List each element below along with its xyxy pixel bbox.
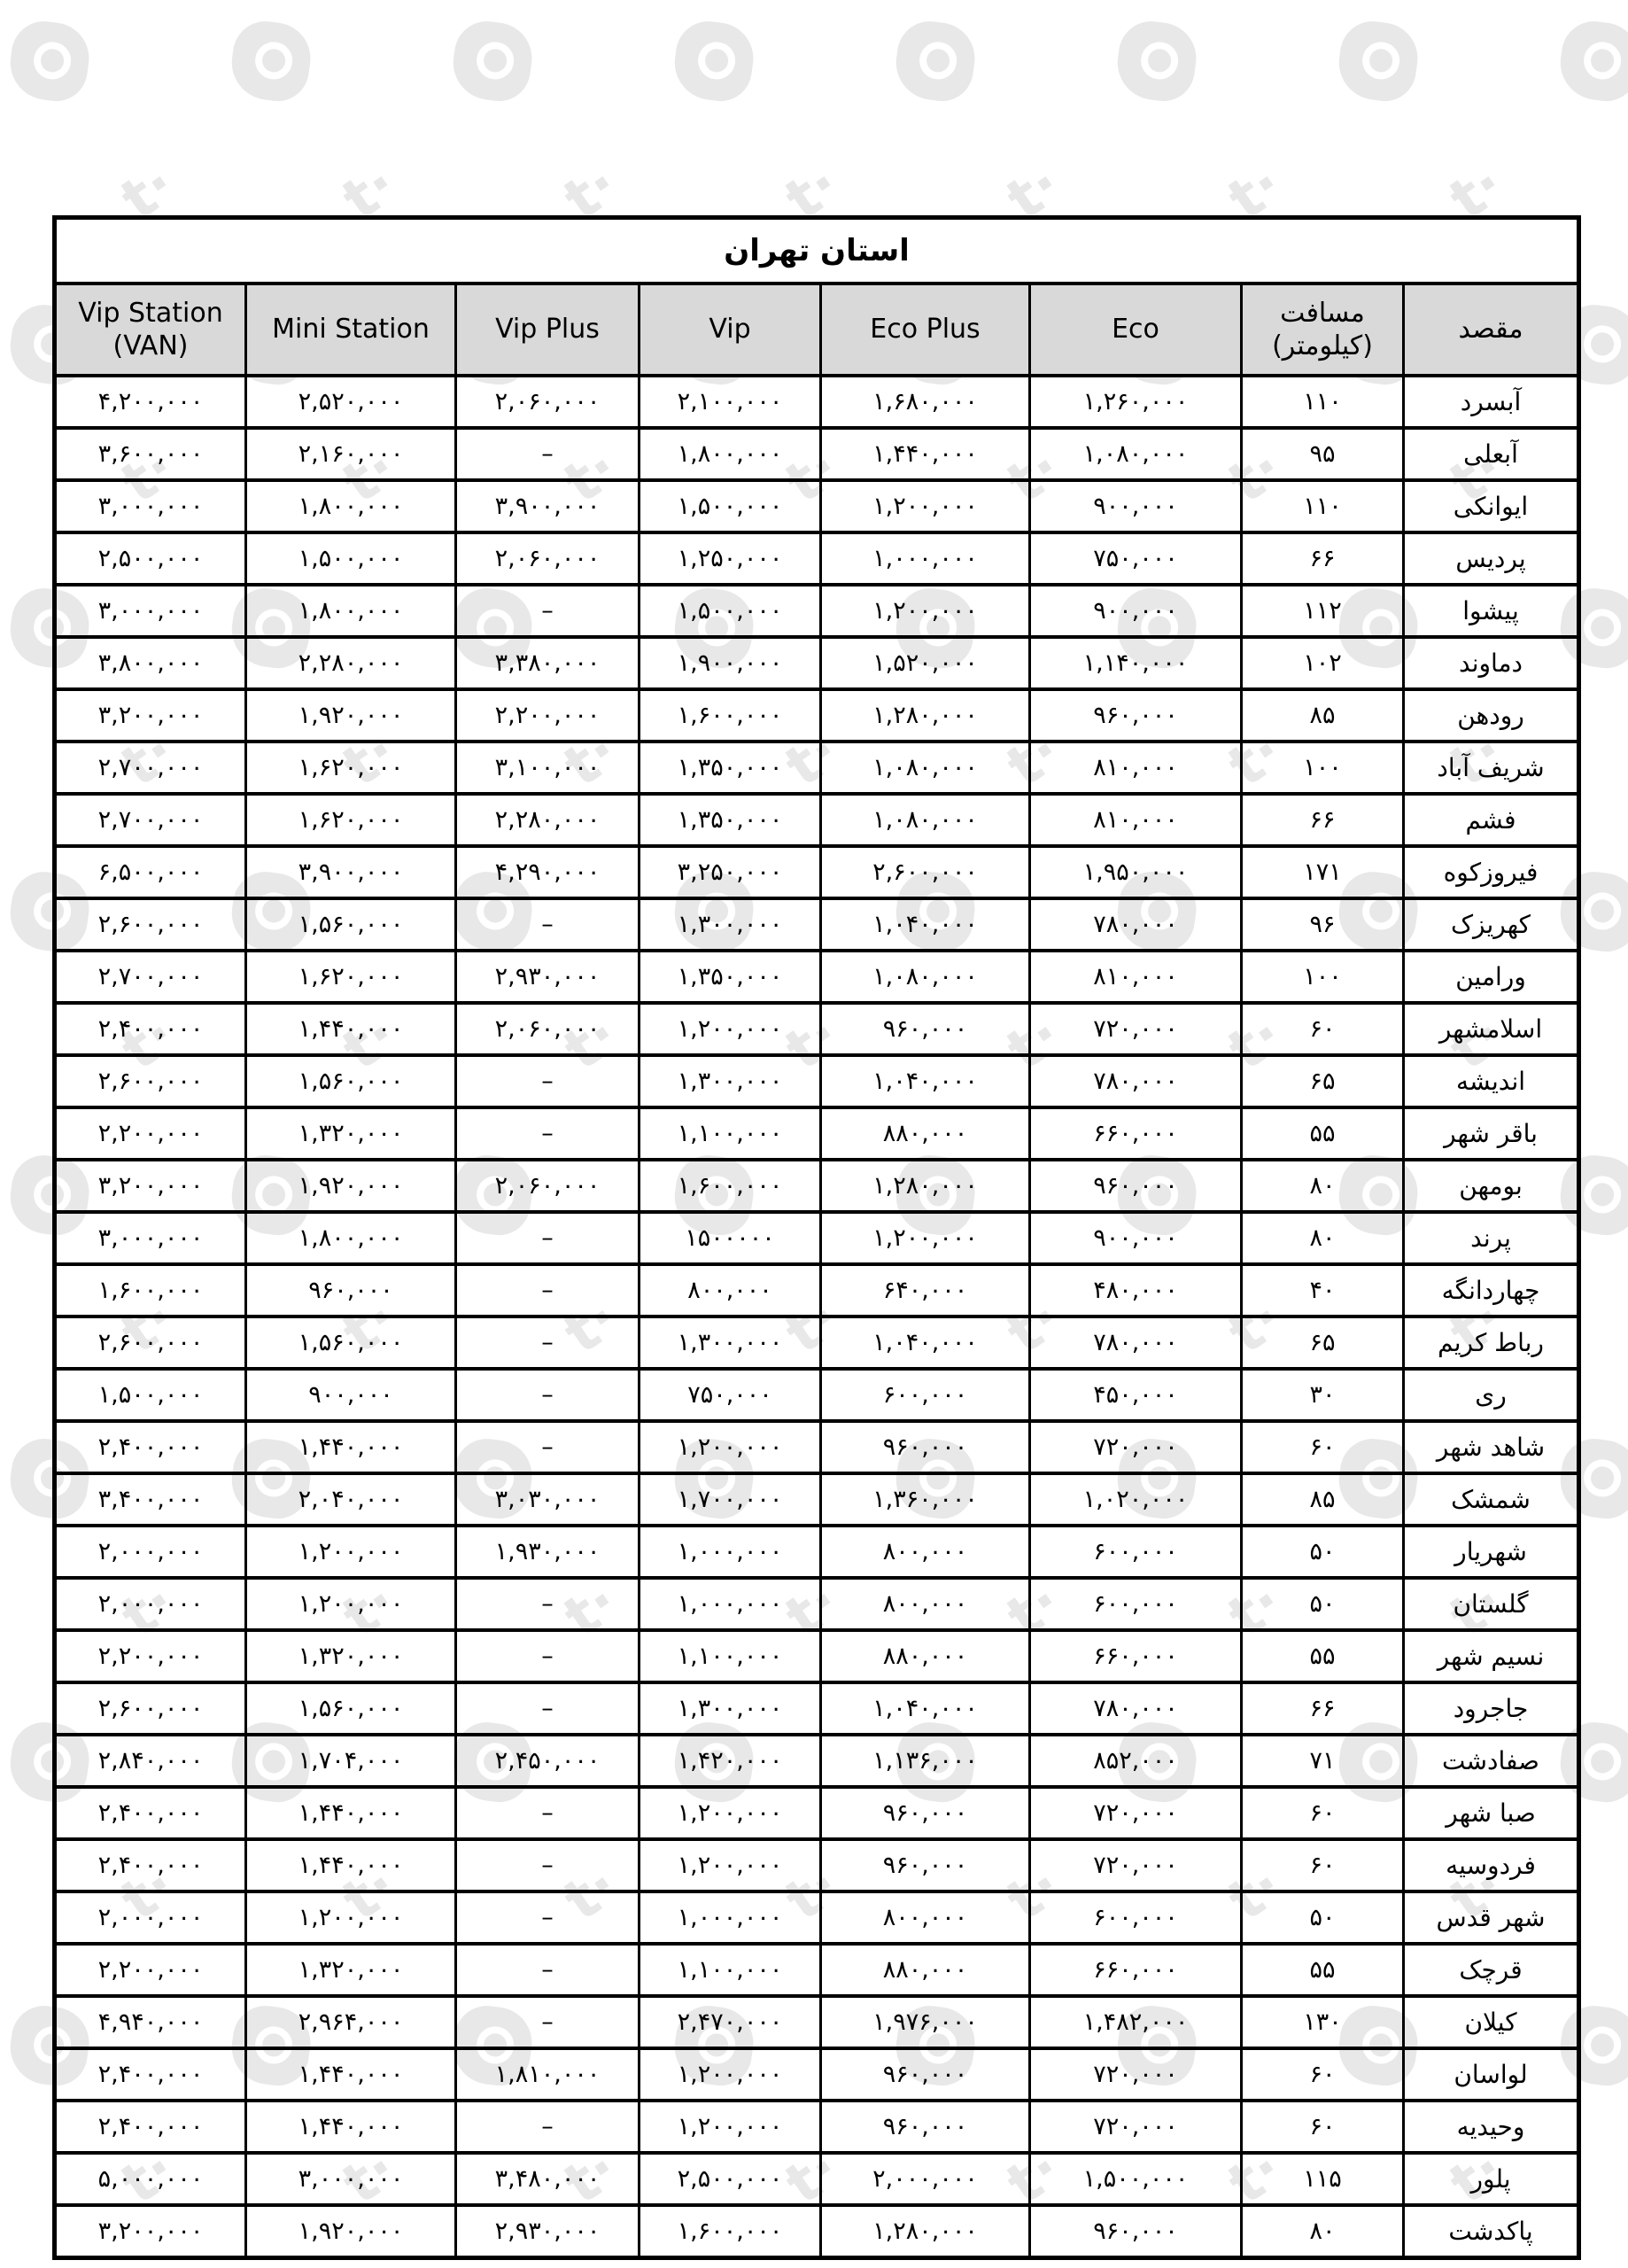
cell-distance: ۸۵ (1242, 689, 1404, 742)
table-row: ۲,۴۰۰,۰۰۰۱,۴۴۰,۰۰۰۲,۰۶۰,۰۰۰۱,۲۰۰,۰۰۰۹۶۰,… (55, 1003, 1579, 1055)
table-row: ۲,۴۰۰,۰۰۰۱,۴۴۰,۰۰۰۱,۸۱۰,۰۰۰۱,۲۰۰,۰۰۰۹۶۰,… (55, 2048, 1579, 2101)
cell-van: ۲,۷۰۰,۰۰۰ (55, 742, 246, 794)
watermark-ring-icon (1581, 323, 1623, 365)
cell-van: ۵,۰۰۰,۰۰۰ (55, 2153, 246, 2205)
cell-destination: ری (1404, 1369, 1579, 1421)
column-header-destination: مقصد (1404, 283, 1579, 376)
cell-mini: ۱,۲۰۰,۰۰۰ (246, 1526, 456, 1578)
cell-eco_plus: ۱,۲۰۰,۰۰۰ (821, 585, 1030, 637)
cell-eco_plus: ۶۰۰,۰۰۰ (821, 1369, 1030, 1421)
watermark-ring-icon (474, 40, 516, 82)
cell-distance: ۱۰۲ (1242, 637, 1404, 689)
watermark-ring-icon (31, 40, 73, 82)
cell-mini: ۱,۴۴۰,۰۰۰ (246, 2048, 456, 2101)
cell-vip: ۱,۶۰۰,۰۰۰ (640, 689, 821, 742)
cell-eco_plus: ۱,۰۸۰,۰۰۰ (821, 742, 1030, 794)
table-row: ۲,۴۰۰,۰۰۰۱,۴۴۰,۰۰۰–۱,۲۰۰,۰۰۰۹۶۰,۰۰۰۷۲۰,۰… (55, 1787, 1579, 1839)
cell-van: ۲,۶۰۰,۰۰۰ (55, 1682, 246, 1735)
cell-distance: ۱۱۵ (1242, 2153, 1404, 2205)
cell-eco_plus: ۱,۰۴۰,۰۰۰ (821, 1055, 1030, 1107)
cell-vip: ۱,۷۰۰,۰۰۰ (640, 1473, 821, 1526)
cell-distance: ۱۰۰ (1242, 951, 1404, 1003)
cell-vip: ۱,۰۰۰,۰۰۰ (640, 1891, 821, 1944)
cell-mini: ۱,۴۴۰,۰۰۰ (246, 1839, 456, 1891)
cell-destination: قرچک (1404, 1944, 1579, 1996)
cell-mini: ۱,۶۲۰,۰۰۰ (246, 794, 456, 846)
cell-vip_plus: ۲,۰۶۰,۰۰۰ (456, 1003, 640, 1055)
cell-van: ۲,۰۰۰,۰۰۰ (55, 1526, 246, 1578)
cell-distance: ۶۵ (1242, 1317, 1404, 1369)
cell-mini: ۱,۸۰۰,۰۰۰ (246, 480, 456, 532)
cell-vip_plus: ۲,۲۸۰,۰۰۰ (456, 794, 640, 846)
cell-distance: ۵۰ (1242, 1526, 1404, 1578)
cell-eco: ۸۱۰,۰۰۰ (1030, 794, 1242, 846)
table-row: ۳,۰۰۰,۰۰۰۱,۸۰۰,۰۰۰۳,۹۰۰,۰۰۰۱,۵۰۰,۰۰۰۱,۲۰… (55, 480, 1579, 532)
column-header-vip-plus: Vip Plus (456, 283, 640, 376)
cell-eco: ۱,۵۰۰,۰۰۰ (1030, 2153, 1242, 2205)
cell-distance: ۶۶ (1242, 794, 1404, 846)
cell-van: ۶,۵۰۰,۰۰۰ (55, 846, 246, 898)
cell-distance: ۵۰ (1242, 1578, 1404, 1630)
cell-eco: ۷۲۰,۰۰۰ (1030, 1003, 1242, 1055)
cell-distance: ۱۳۰ (1242, 1996, 1404, 2048)
cell-distance: ۸۵ (1242, 1473, 1404, 1526)
cell-eco: ۶۰۰,۰۰۰ (1030, 1578, 1242, 1630)
cell-distance: ۸۰ (1242, 1160, 1404, 1212)
cell-destination: گلستان (1404, 1578, 1579, 1630)
cell-distance: ۸۰ (1242, 2205, 1404, 2258)
cell-eco_plus: ۸۰۰,۰۰۰ (821, 1578, 1030, 1630)
cell-vip_plus: ۱,۸۱۰,۰۰۰ (456, 2048, 640, 2101)
cell-vip: ۱,۳۵۰,۰۰۰ (640, 742, 821, 794)
cell-mini: ۱,۴۴۰,۰۰۰ (246, 1787, 456, 1839)
cell-vip_plus: – (456, 1787, 640, 1839)
cell-vip_plus: – (456, 2101, 640, 2153)
cell-van: ۲,۰۰۰,۰۰۰ (55, 1578, 246, 1630)
cell-eco_plus: ۸۸۰,۰۰۰ (821, 1107, 1030, 1160)
cell-mini: ۲,۰۴۰,۰۰۰ (246, 1473, 456, 1526)
cell-vip: ۳,۲۵۰,۰۰۰ (640, 846, 821, 898)
cell-van: ۲,۰۰۰,۰۰۰ (55, 1891, 246, 1944)
fare-table-body: ۴,۲۰۰,۰۰۰۲,۵۲۰,۰۰۰۲,۰۶۰,۰۰۰۲,۱۰۰,۰۰۰۱,۶۸… (55, 376, 1579, 2258)
watermark-ring-icon (1581, 607, 1623, 649)
cell-vip_plus: ۲,۹۳۰,۰۰۰ (456, 2205, 640, 2258)
cell-destination: کهریزک (1404, 898, 1579, 951)
cell-distance: ۱۱۲ (1242, 585, 1404, 637)
cell-destination: نسیم شهر (1404, 1630, 1579, 1682)
cell-mini: ۲,۵۲۰,۰۰۰ (246, 376, 456, 428)
cell-distance: ۷۱ (1242, 1735, 1404, 1787)
cell-destination: پردیس (1404, 532, 1579, 585)
cell-vip_plus: ۲,۰۶۰,۰۰۰ (456, 1160, 640, 1212)
cell-van: ۳,۲۰۰,۰۰۰ (55, 2205, 246, 2258)
cell-vip: ۱,۳۵۰,۰۰۰ (640, 794, 821, 846)
table-row: ۲,۰۰۰,۰۰۰۱,۲۰۰,۰۰۰–۱,۰۰۰,۰۰۰۸۰۰,۰۰۰۶۰۰,۰… (55, 1578, 1579, 1630)
cell-eco_plus: ۱,۵۲۰,۰۰۰ (821, 637, 1030, 689)
cell-mini: ۱,۷۰۴,۰۰۰ (246, 1735, 456, 1787)
cell-destination: ورامین (1404, 951, 1579, 1003)
cell-eco: ۷۸۰,۰۰۰ (1030, 1682, 1242, 1735)
cell-van: ۲,۲۰۰,۰۰۰ (55, 1107, 246, 1160)
cell-destination: فردوسیه (1404, 1839, 1579, 1891)
cell-eco: ۱,۹۵۰,۰۰۰ (1030, 846, 1242, 898)
cell-eco_plus: ۹۶۰,۰۰۰ (821, 2048, 1030, 2101)
cell-mini: ۱,۸۰۰,۰۰۰ (246, 585, 456, 637)
header-row: Vip Station (VAN) Mini Station Vip Plus … (55, 283, 1579, 376)
cell-eco: ۱,۰۲۰,۰۰۰ (1030, 1473, 1242, 1526)
cell-vip: ۱۵۰۰۰۰۰ (640, 1212, 821, 1264)
table-row: ۲,۰۰۰,۰۰۰۱,۲۰۰,۰۰۰–۱,۰۰۰,۰۰۰۸۰۰,۰۰۰۶۰۰,۰… (55, 1891, 1579, 1944)
table-row: ۲,۰۰۰,۰۰۰۱,۲۰۰,۰۰۰۱,۹۳۰,۰۰۰۱,۰۰۰,۰۰۰۸۰۰,… (55, 1526, 1579, 1578)
table-title: استان تهران (55, 218, 1579, 284)
watermark-ring-icon (1581, 1457, 1623, 1499)
table-row: ۲,۷۰۰,۰۰۰۱,۶۲۰,۰۰۰۲,۲۸۰,۰۰۰۱,۳۵۰,۰۰۰۱,۰۸… (55, 794, 1579, 846)
cell-mini: ۳,۰۰۰,۰۰۰ (246, 2153, 456, 2205)
table-row: ۲,۸۴۰,۰۰۰۱,۷۰۴,۰۰۰۲,۴۵۰,۰۰۰۱,۴۲۰,۰۰۰۱,۱۳… (55, 1735, 1579, 1787)
cell-vip_plus: ۲,۰۶۰,۰۰۰ (456, 376, 640, 428)
cell-vip_plus: – (456, 1212, 640, 1264)
table-row: ۲,۴۰۰,۰۰۰۱,۴۴۰,۰۰۰–۱,۲۰۰,۰۰۰۹۶۰,۰۰۰۷۲۰,۰… (55, 1421, 1579, 1473)
cell-vip_plus: – (456, 898, 640, 951)
cell-eco: ۷۲۰,۰۰۰ (1030, 1839, 1242, 1891)
cell-van: ۳,۲۰۰,۰۰۰ (55, 1160, 246, 1212)
watermark-ring-icon (695, 40, 737, 82)
cell-vip_plus: – (456, 585, 640, 637)
cell-eco: ۸۱۰,۰۰۰ (1030, 951, 1242, 1003)
cell-van: ۲,۶۰۰,۰۰۰ (55, 898, 246, 951)
cell-van: ۳,۴۰۰,۰۰۰ (55, 1473, 246, 1526)
watermark-logo-icon (227, 17, 314, 105)
cell-eco: ۸۵۲,۰۰۰ (1030, 1735, 1242, 1787)
watermark-logo-icon (1334, 17, 1422, 105)
column-header-mini-station: Mini Station (246, 283, 456, 376)
cell-destination: پاکدشت (1404, 2205, 1579, 2258)
cell-vip_plus: – (456, 1369, 640, 1421)
cell-eco: ۶۶۰,۰۰۰ (1030, 1630, 1242, 1682)
cell-eco_plus: ۱,۲۸۰,۰۰۰ (821, 1160, 1030, 1212)
cell-vip_plus: ۳,۴۸۰,۰۰۰ (456, 2153, 640, 2205)
cell-vip_plus: – (456, 1944, 640, 1996)
table-row: ۲,۷۰۰,۰۰۰۱,۶۲۰,۰۰۰۳,۱۰۰,۰۰۰۱,۳۵۰,۰۰۰۱,۰۸… (55, 742, 1579, 794)
column-header-eco-plus: Eco Plus (821, 283, 1030, 376)
cell-destination: پرند (1404, 1212, 1579, 1264)
watermark-ring-icon (1138, 40, 1180, 82)
table-row: ۵,۰۰۰,۰۰۰۳,۰۰۰,۰۰۰۳,۴۸۰,۰۰۰۲,۵۰۰,۰۰۰۲,۰۰… (55, 2153, 1579, 2205)
cell-eco: ۱,۱۴۰,۰۰۰ (1030, 637, 1242, 689)
cell-distance: ۶۰ (1242, 2048, 1404, 2101)
cell-destination: کیلان (1404, 1996, 1579, 2048)
cell-vip_plus: ۲,۲۰۰,۰۰۰ (456, 689, 640, 742)
cell-vip: ۱,۳۰۰,۰۰۰ (640, 1317, 821, 1369)
cell-distance: ۸۰ (1242, 1212, 1404, 1264)
cell-distance: ۶۶ (1242, 532, 1404, 585)
cell-vip_plus: ۲,۹۳۰,۰۰۰ (456, 951, 640, 1003)
cell-mini: ۱,۶۲۰,۰۰۰ (246, 742, 456, 794)
cell-destination: آبعلی (1404, 428, 1579, 480)
cell-eco_plus: ۸۰۰,۰۰۰ (821, 1526, 1030, 1578)
cell-vip_plus: ۳,۳۸۰,۰۰۰ (456, 637, 640, 689)
cell-mini: ۱,۴۴۰,۰۰۰ (246, 1421, 456, 1473)
table-row: ۳,۴۰۰,۰۰۰۲,۰۴۰,۰۰۰۳,۰۳۰,۰۰۰۱,۷۰۰,۰۰۰۱,۳۶… (55, 1473, 1579, 1526)
cell-van: ۲,۷۰۰,۰۰۰ (55, 951, 246, 1003)
cell-vip: ۱,۱۰۰,۰۰۰ (640, 1944, 821, 1996)
cell-destination: صبا شهر (1404, 1787, 1579, 1839)
cell-eco: ۷۲۰,۰۰۰ (1030, 2048, 1242, 2101)
cell-destination: رودهن (1404, 689, 1579, 742)
cell-destination: آبسرد (1404, 376, 1579, 428)
column-header-vip-station-van: Vip Station (VAN) (55, 283, 246, 376)
table-row: ۲,۶۰۰,۰۰۰۱,۵۶۰,۰۰۰–۱,۳۰۰,۰۰۰۱,۰۴۰,۰۰۰۷۸۰… (55, 1682, 1579, 1735)
watermark-ring-icon (1581, 1174, 1623, 1216)
cell-eco_plus: ۹۶۰,۰۰۰ (821, 1003, 1030, 1055)
table-row: ۳,۲۰۰,۰۰۰۱,۹۲۰,۰۰۰۲,۲۰۰,۰۰۰۱,۶۰۰,۰۰۰۱,۲۸… (55, 689, 1579, 742)
cell-distance: ۱۰۰ (1242, 742, 1404, 794)
cell-vip: ۲,۵۰۰,۰۰۰ (640, 2153, 821, 2205)
cell-eco_plus: ۱,۰۴۰,۰۰۰ (821, 1317, 1030, 1369)
cell-eco_plus: ۶۴۰,۰۰۰ (821, 1264, 1030, 1317)
cell-eco: ۹۶۰,۰۰۰ (1030, 689, 1242, 742)
watermark-ring-icon (1581, 40, 1623, 82)
cell-van: ۳,۰۰۰,۰۰۰ (55, 585, 246, 637)
cell-destination: شهریار (1404, 1526, 1579, 1578)
cell-destination: بومهن (1404, 1160, 1579, 1212)
cell-eco: ۹۶۰,۰۰۰ (1030, 1160, 1242, 1212)
table-row: ۲,۲۰۰,۰۰۰۱,۳۲۰,۰۰۰–۱,۱۰۰,۰۰۰۸۸۰,۰۰۰۶۶۰,۰… (55, 1944, 1579, 1996)
cell-distance: ۴۰ (1242, 1264, 1404, 1317)
cell-distance: ۹۵ (1242, 428, 1404, 480)
table-row: ۳,۲۰۰,۰۰۰۱,۹۲۰,۰۰۰۲,۰۶۰,۰۰۰۱,۶۰۰,۰۰۰۱,۲۸… (55, 1160, 1579, 1212)
cell-eco_plus: ۱,۲۸۰,۰۰۰ (821, 2205, 1030, 2258)
cell-mini: ۱,۹۲۰,۰۰۰ (246, 2205, 456, 2258)
cell-eco: ۴۸۰,۰۰۰ (1030, 1264, 1242, 1317)
cell-distance: ۶۰ (1242, 1421, 1404, 1473)
cell-vip: ۱,۰۰۰,۰۰۰ (640, 1578, 821, 1630)
cell-vip_plus: ۳,۹۰۰,۰۰۰ (456, 480, 640, 532)
table-row: ۳,۰۰۰,۰۰۰۱,۸۰۰,۰۰۰–۱,۵۰۰,۰۰۰۱,۲۰۰,۰۰۰۹۰۰… (55, 585, 1579, 637)
table-row: ۲,۲۰۰,۰۰۰۱,۳۲۰,۰۰۰–۱,۱۰۰,۰۰۰۸۸۰,۰۰۰۶۶۰,۰… (55, 1107, 1579, 1160)
cell-eco: ۷۸۰,۰۰۰ (1030, 1055, 1242, 1107)
cell-van: ۲,۴۰۰,۰۰۰ (55, 1839, 246, 1891)
cell-vip: ۲,۴۷۰,۰۰۰ (640, 1996, 821, 2048)
cell-vip: ۱,۲۵۰,۰۰۰ (640, 532, 821, 585)
cell-distance: ۹۶ (1242, 898, 1404, 951)
cell-eco_plus: ۱,۴۴۰,۰۰۰ (821, 428, 1030, 480)
cell-eco: ۶۰۰,۰۰۰ (1030, 1891, 1242, 1944)
cell-vip_plus: – (456, 1421, 640, 1473)
cell-eco_plus: ۱,۱۳۶,۰۰۰ (821, 1735, 1030, 1787)
cell-vip_plus: – (456, 1578, 640, 1630)
cell-mini: ۹۶۰,۰۰۰ (246, 1264, 456, 1317)
cell-eco: ۷۵۰,۰۰۰ (1030, 532, 1242, 585)
table-row: ۱,۵۰۰,۰۰۰۹۰۰,۰۰۰–۷۵۰,۰۰۰۶۰۰,۰۰۰۴۵۰,۰۰۰۳۰… (55, 1369, 1579, 1421)
cell-vip: ۱,۳۰۰,۰۰۰ (640, 898, 821, 951)
cell-destination: دماوند (1404, 637, 1579, 689)
cell-destination: شهر قدس (1404, 1891, 1579, 1944)
cell-distance: ۶۰ (1242, 1003, 1404, 1055)
cell-van: ۲,۲۰۰,۰۰۰ (55, 1630, 246, 1682)
table-row: ۴,۹۴۰,۰۰۰۲,۹۶۴,۰۰۰–۲,۴۷۰,۰۰۰۱,۹۷۶,۰۰۰۱,۴… (55, 1996, 1579, 2048)
title-row: استان تهران (55, 218, 1579, 284)
cell-mini: ۱,۹۲۰,۰۰۰ (246, 689, 456, 742)
cell-vip: ۱,۸۰۰,۰۰۰ (640, 428, 821, 480)
cell-mini: ۱,۴۴۰,۰۰۰ (246, 1003, 456, 1055)
cell-vip: ۲,۱۰۰,۰۰۰ (640, 376, 821, 428)
cell-eco_plus: ۱,۲۰۰,۰۰۰ (821, 1212, 1030, 1264)
table-row: ۲,۶۰۰,۰۰۰۱,۵۶۰,۰۰۰–۱,۳۰۰,۰۰۰۱,۰۴۰,۰۰۰۷۸۰… (55, 898, 1579, 951)
cell-vip: ۱,۹۰۰,۰۰۰ (640, 637, 821, 689)
cell-van: ۲,۶۰۰,۰۰۰ (55, 1317, 246, 1369)
cell-destination: رباط کریم (1404, 1317, 1579, 1369)
cell-eco_plus: ۹۶۰,۰۰۰ (821, 2101, 1030, 2153)
cell-eco_plus: ۱,۰۸۰,۰۰۰ (821, 794, 1030, 846)
cell-mini: ۲,۲۸۰,۰۰۰ (246, 637, 456, 689)
cell-eco_plus: ۲,۶۰۰,۰۰۰ (821, 846, 1030, 898)
cell-eco_plus: ۱,۰۴۰,۰۰۰ (821, 898, 1030, 951)
cell-vip: ۸۰۰,۰۰۰ (640, 1264, 821, 1317)
cell-destination: چهاردانگه (1404, 1264, 1579, 1317)
cell-vip_plus: – (456, 1996, 640, 2048)
cell-eco: ۷۲۰,۰۰۰ (1030, 1787, 1242, 1839)
cell-mini: ۱,۵۶۰,۰۰۰ (246, 898, 456, 951)
cell-destination: فشم (1404, 794, 1579, 846)
cell-vip_plus: ۴,۲۹۰,۰۰۰ (456, 846, 640, 898)
table-row: ۳,۰۰۰,۰۰۰۱,۸۰۰,۰۰۰–۱۵۰۰۰۰۰۱,۲۰۰,۰۰۰۹۰۰,۰… (55, 1212, 1579, 1264)
column-header-distance: مسافت (کیلومتر) (1242, 283, 1404, 376)
cell-distance: ۶۵ (1242, 1055, 1404, 1107)
cell-eco: ۷۲۰,۰۰۰ (1030, 2101, 1242, 2153)
table-row: ۱,۶۰۰,۰۰۰۹۶۰,۰۰۰–۸۰۰,۰۰۰۶۴۰,۰۰۰۴۸۰,۰۰۰۴۰… (55, 1264, 1579, 1317)
cell-van: ۱,۶۰۰,۰۰۰ (55, 1264, 246, 1317)
cell-vip: ۷۵۰,۰۰۰ (640, 1369, 821, 1421)
cell-eco: ۹۶۰,۰۰۰ (1030, 2205, 1242, 2258)
cell-eco_plus: ۱,۰۰۰,۰۰۰ (821, 532, 1030, 585)
cell-eco: ۹۰۰,۰۰۰ (1030, 480, 1242, 532)
cell-van: ۴,۹۴۰,۰۰۰ (55, 1996, 246, 2048)
cell-distance: ۶۰ (1242, 1839, 1404, 1891)
cell-mini: ۱,۲۰۰,۰۰۰ (246, 1578, 456, 1630)
cell-mini: ۱,۳۲۰,۰۰۰ (246, 1944, 456, 1996)
cell-distance: ۳۰ (1242, 1369, 1404, 1421)
cell-vip: ۱,۳۰۰,۰۰۰ (640, 1682, 821, 1735)
table-row: ۲,۶۰۰,۰۰۰۱,۵۶۰,۰۰۰–۱,۳۰۰,۰۰۰۱,۰۴۰,۰۰۰۷۸۰… (55, 1055, 1579, 1107)
cell-distance: ۱۷۱ (1242, 846, 1404, 898)
column-header-eco: Eco (1030, 283, 1242, 376)
cell-mini: ۱,۵۰۰,۰۰۰ (246, 532, 456, 585)
cell-vip: ۱,۶۰۰,۰۰۰ (640, 2205, 821, 2258)
watermark-ring-icon (1581, 2024, 1623, 2066)
cell-distance: ۶۶ (1242, 1682, 1404, 1735)
table-row: ۲,۶۰۰,۰۰۰۱,۵۶۰,۰۰۰–۱,۳۰۰,۰۰۰۱,۰۴۰,۰۰۰۷۸۰… (55, 1317, 1579, 1369)
cell-vip_plus: – (456, 1317, 640, 1369)
cell-vip: ۱,۲۰۰,۰۰۰ (640, 1839, 821, 1891)
cell-vip: ۱,۲۰۰,۰۰۰ (640, 1003, 821, 1055)
cell-vip: ۱,۲۰۰,۰۰۰ (640, 1421, 821, 1473)
cell-mini: ۱,۵۶۰,۰۰۰ (246, 1055, 456, 1107)
cell-eco: ۸۱۰,۰۰۰ (1030, 742, 1242, 794)
watermark-logo-icon (1112, 17, 1200, 105)
table-row: ۳,۸۰۰,۰۰۰۲,۲۸۰,۰۰۰۳,۳۸۰,۰۰۰۱,۹۰۰,۰۰۰۱,۵۲… (55, 637, 1579, 689)
cell-eco: ۷۸۰,۰۰۰ (1030, 1317, 1242, 1369)
cell-vip: ۱,۱۰۰,۰۰۰ (640, 1107, 821, 1160)
cell-vip_plus: ۱,۹۳۰,۰۰۰ (456, 1526, 640, 1578)
cell-van: ۲,۸۴۰,۰۰۰ (55, 1735, 246, 1787)
cell-mini: ۱,۵۶۰,۰۰۰ (246, 1317, 456, 1369)
table-row: ۲,۴۰۰,۰۰۰۱,۴۴۰,۰۰۰–۱,۲۰۰,۰۰۰۹۶۰,۰۰۰۷۲۰,۰… (55, 1839, 1579, 1891)
cell-distance: ۶۰ (1242, 1787, 1404, 1839)
cell-eco_plus: ۸۰۰,۰۰۰ (821, 1891, 1030, 1944)
watermark-logo-icon (5, 17, 93, 105)
table-row: ۲,۴۰۰,۰۰۰۱,۴۴۰,۰۰۰–۱,۲۰۰,۰۰۰۹۶۰,۰۰۰۷۲۰,۰… (55, 2101, 1579, 2153)
cell-van: ۳,۰۰۰,۰۰۰ (55, 1212, 246, 1264)
cell-van: ۲,۴۰۰,۰۰۰ (55, 1003, 246, 1055)
cell-vip: ۱,۰۰۰,۰۰۰ (640, 1526, 821, 1578)
cell-van: ۲,۴۰۰,۰۰۰ (55, 1787, 246, 1839)
watermark-ring-icon (917, 40, 958, 82)
cell-eco_plus: ۹۶۰,۰۰۰ (821, 1839, 1030, 1891)
cell-van: ۲,۵۰۰,۰۰۰ (55, 532, 246, 585)
cell-vip_plus: – (456, 428, 640, 480)
cell-mini: ۱,۵۶۰,۰۰۰ (246, 1682, 456, 1735)
cell-distance: ۵۵ (1242, 1107, 1404, 1160)
cell-vip: ۱,۵۰۰,۰۰۰ (640, 480, 821, 532)
table-row: ۲,۲۰۰,۰۰۰۱,۳۲۰,۰۰۰–۱,۱۰۰,۰۰۰۸۸۰,۰۰۰۶۶۰,۰… (55, 1630, 1579, 1682)
cell-vip_plus: ۳,۱۰۰,۰۰۰ (456, 742, 640, 794)
cell-eco: ۱,۴۸۲,۰۰۰ (1030, 1996, 1242, 2048)
watermark-ring-icon (1581, 1741, 1623, 1783)
cell-mini: ۹۰۰,۰۰۰ (246, 1369, 456, 1421)
cell-vip_plus: – (456, 1839, 640, 1891)
cell-mini: ۱,۶۲۰,۰۰۰ (246, 951, 456, 1003)
cell-van: ۲,۲۰۰,۰۰۰ (55, 1944, 246, 1996)
watermark-logo-icon (1555, 17, 1628, 105)
cell-eco: ۷۸۰,۰۰۰ (1030, 898, 1242, 951)
cell-eco: ۹۰۰,۰۰۰ (1030, 1212, 1242, 1264)
cell-vip: ۱,۲۰۰,۰۰۰ (640, 2048, 821, 2101)
cell-eco_plus: ۱,۹۷۶,۰۰۰ (821, 1996, 1030, 2048)
cell-mini: ۲,۹۶۴,۰۰۰ (246, 1996, 456, 2048)
cell-vip_plus: ۲,۰۶۰,۰۰۰ (456, 532, 640, 585)
cell-eco_plus: ۱,۰۴۰,۰۰۰ (821, 1682, 1030, 1735)
table-row: ۴,۲۰۰,۰۰۰۲,۵۲۰,۰۰۰۲,۰۶۰,۰۰۰۲,۱۰۰,۰۰۰۱,۶۸… (55, 376, 1579, 428)
cell-van: ۲,۷۰۰,۰۰۰ (55, 794, 246, 846)
cell-eco: ۱,۲۶۰,۰۰۰ (1030, 376, 1242, 428)
cell-mini: ۱,۳۲۰,۰۰۰ (246, 1630, 456, 1682)
cell-eco: ۶۶۰,۰۰۰ (1030, 1107, 1242, 1160)
cell-eco: ۶۰۰,۰۰۰ (1030, 1526, 1242, 1578)
cell-destination: جاجرود (1404, 1682, 1579, 1735)
cell-vip: ۱,۵۰۰,۰۰۰ (640, 585, 821, 637)
cell-van: ۳,۶۰۰,۰۰۰ (55, 428, 246, 480)
cell-van: ۲,۴۰۰,۰۰۰ (55, 2048, 246, 2101)
watermark-logo-icon (891, 17, 979, 105)
cell-mini: ۲,۱۶۰,۰۰۰ (246, 428, 456, 480)
cell-eco_plus: ۱,۰۸۰,۰۰۰ (821, 951, 1030, 1003)
cell-vip_plus: ۲,۴۵۰,۰۰۰ (456, 1735, 640, 1787)
cell-vip: ۱,۴۲۰,۰۰۰ (640, 1735, 821, 1787)
cell-mini: ۱,۳۲۰,۰۰۰ (246, 1107, 456, 1160)
cell-eco: ۱,۰۸۰,۰۰۰ (1030, 428, 1242, 480)
cell-mini: ۳,۹۰۰,۰۰۰ (246, 846, 456, 898)
cell-destination: شریف آباد (1404, 742, 1579, 794)
cell-mini: ۱,۸۰۰,۰۰۰ (246, 1212, 456, 1264)
cell-distance: ۱۱۰ (1242, 480, 1404, 532)
cell-van: ۳,۲۰۰,۰۰۰ (55, 689, 246, 742)
cell-destination: فیروزکوه (1404, 846, 1579, 898)
cell-destination: اسلامشهر (1404, 1003, 1579, 1055)
cell-distance: ۵۵ (1242, 1944, 1404, 1996)
cell-destination: شمشک (1404, 1473, 1579, 1526)
cell-eco_plus: ۹۶۰,۰۰۰ (821, 1421, 1030, 1473)
